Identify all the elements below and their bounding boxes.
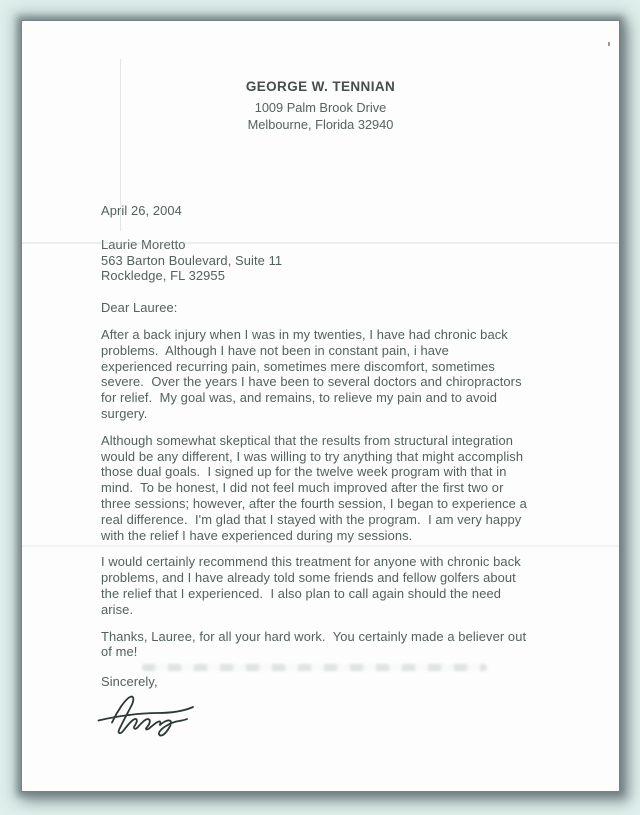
text-line: three sessions; however, after the fourt… (101, 496, 579, 512)
recipient-address-block: Laurie Moretto 563 Barton Boulevard, Sui… (101, 237, 579, 284)
text-line: with the relief I have experienced durin… (101, 528, 579, 544)
text-line: severe. Over the years I have been to se… (101, 374, 579, 390)
paragraph-1: After a back injury when I was in my twe… (101, 327, 579, 422)
text-line: I would certainly recommend this treatme… (101, 554, 579, 570)
letterhead-name: GEORGE W. TENNIAN (22, 79, 619, 94)
recipient-name: Laurie Moretto (101, 237, 579, 253)
recipient-address-line1: 563 Barton Boulevard, Suite 11 (101, 253, 579, 269)
letter-content: GEORGE W. TENNIAN 1009 Palm Brook Drive … (22, 21, 619, 743)
text-line: real difference. I'm glad that I stayed … (101, 512, 579, 528)
text-line: surgery. (101, 406, 579, 422)
text-line: arise. (101, 602, 579, 618)
text-line: of me! (101, 644, 579, 660)
text-line: for relief. My goal was, and remains, to… (101, 390, 579, 406)
signature-ink (97, 693, 197, 741)
date-line: April 26, 2004 (101, 203, 579, 219)
scan-speck (608, 42, 610, 46)
paragraph-3: I would certainly recommend this treatme… (101, 554, 579, 617)
text-line: Thanks, Lauree, for all your hard work. … (101, 629, 579, 645)
text-line: those dual goals. I signed up for the tw… (101, 464, 579, 480)
text-line: mind. To be honest, I did not feel much … (101, 480, 579, 496)
text-line: problems. Although I have not been in co… (101, 343, 579, 359)
closing: Sincerely, (101, 674, 579, 690)
text-line: experienced recurring pain, sometimes me… (101, 359, 579, 375)
signature (97, 693, 579, 743)
paragraph-2: Although somewhat skeptical that the res… (101, 433, 579, 544)
salutation: Dear Lauree: (101, 300, 579, 316)
text-line: After a back injury when I was in my twe… (101, 327, 579, 343)
scan-background: GEORGE W. TENNIAN 1009 Palm Brook Drive … (0, 0, 640, 815)
text-line: the relief that I experienced. I also pl… (101, 586, 579, 602)
letterhead-address-line1: 1009 Palm Brook Drive (22, 99, 619, 116)
text-line: would be any different, I was willing to… (101, 449, 579, 465)
paragraph-4: Thanks, Lauree, for all your hard work. … (101, 629, 579, 661)
letterhead-address-line2: Melbourne, Florida 32940 (22, 116, 619, 133)
text-line: problems, and I have already told some f… (101, 570, 579, 586)
text-line: Although somewhat skeptical that the res… (101, 433, 579, 449)
letter-page: GEORGE W. TENNIAN 1009 Palm Brook Drive … (22, 21, 619, 791)
recipient-address-line2: Rockledge, FL 32955 (101, 268, 579, 284)
letterhead: GEORGE W. TENNIAN 1009 Palm Brook Drive … (22, 79, 619, 133)
